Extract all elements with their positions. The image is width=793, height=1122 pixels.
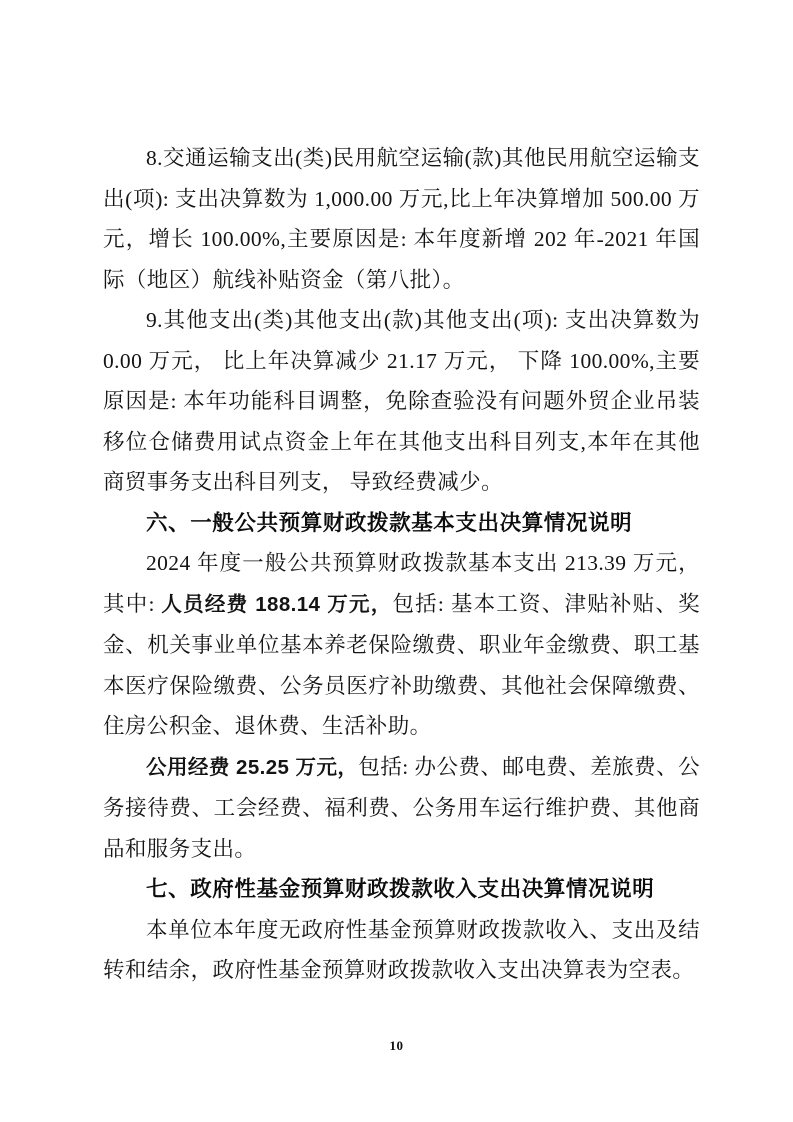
paragraph-text: 9.其他支出(类)其他支出(款)其他支出(项): 支出决算数为 0.00 万元，… — [103, 308, 700, 494]
section-heading-seven-government-fund: 七、政府性基金预算财政拨款收入支出决算情况说明 — [103, 869, 700, 910]
section-heading-six-basic-expenditure: 六、一般公共预算财政拨款基本支出决算情况说明 — [103, 503, 700, 544]
paragraph-basic-expenditure-detail: 2024 年度一般公共预算财政拨款基本支出 213.39 万元，其中: 人员经费… — [103, 543, 700, 747]
paragraph-text: 本单位本年度无政府性基金预算财政拨款收入、支出及结转和结余，政府性基金预算财政拨… — [103, 918, 700, 983]
paragraph-public-funds-detail: 公用经费 25.25 万元，包括: 办公费、邮电费、差旅费、公务接待费、工会经费… — [103, 747, 700, 870]
paragraph-item-9-other-expenditure: 9.其他支出(类)其他支出(款)其他支出(项): 支出决算数为 0.00 万元，… — [103, 300, 700, 503]
document-content: 8.交通运输支出(类)民用航空运输(款)其他民用航空运输支出(项): 支出决算数… — [103, 138, 700, 991]
paragraph-text: 8.交通运输支出(类)民用航空运输(款)其他民用航空运输支出(项): 支出决算数… — [103, 146, 700, 292]
heading-text: 七、政府性基金预算财政拨款收入支出决算情况说明 — [146, 877, 654, 901]
paragraph-government-fund-detail: 本单位本年度无政府性基金预算财政拨款收入、支出及结转和结余，政府性基金预算财政拨… — [103, 910, 700, 991]
paragraph-item-8-transport-expenditure: 8.交通运输支出(类)民用航空运输(款)其他民用航空运输支出(项): 支出决算数… — [103, 138, 700, 300]
public-funds-emphasis: 公用经费 25.25 万元， — [146, 756, 358, 779]
document-page: 8.交通运输支出(类)民用航空运输(款)其他民用航空运输支出(项): 支出决算数… — [0, 0, 793, 1122]
heading-text: 六、一般公共预算财政拨款基本支出决算情况说明 — [146, 511, 632, 535]
page-number: 10 — [0, 1038, 793, 1054]
personnel-funds-emphasis: 人员经费 188.14 万元， — [161, 593, 392, 616]
